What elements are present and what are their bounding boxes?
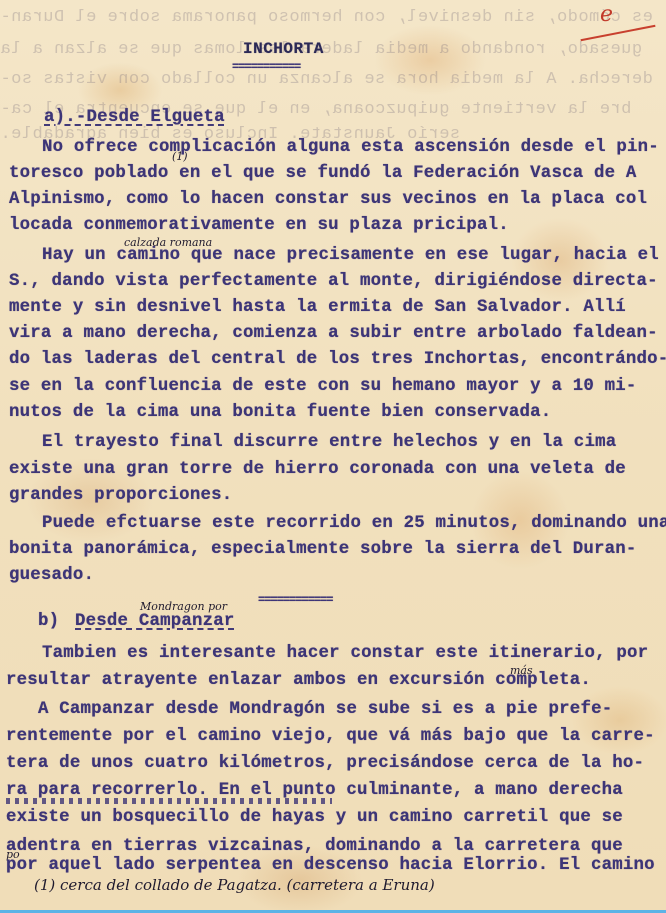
- text-line: Hay un camino que nace precisamente en e…: [42, 246, 659, 265]
- text-line: rentemente por el camino viejo, que vá m…: [6, 727, 655, 746]
- text-line: S., dando vista perfectamente al monte, …: [9, 272, 658, 291]
- text-line: guesado.: [9, 566, 94, 585]
- text-line: existe un bosquecillo de hayas y un cami…: [6, 808, 623, 827]
- section-rule: ============: [258, 593, 332, 607]
- text-line: nutos de la cima una bonita fuente bien …: [9, 403, 551, 422]
- handwritten-footnote: (1) cerca del collado de Pagatza. (carre…: [34, 876, 435, 894]
- text-line: locada conmemorativamente en su plaza pr…: [9, 216, 509, 235]
- text-line: tera de unos cuatro kilómetros, precisán…: [6, 754, 644, 773]
- text-line: Tambien es interesante hacer constar est…: [42, 644, 648, 663]
- text-line: bonita panorámica, especialmente sobre l…: [9, 540, 637, 559]
- text-line: vira a mano derecha, comienza a subir en…: [9, 324, 658, 343]
- text-line: Puede efctuarse este recorrido en 25 min…: [42, 514, 666, 533]
- text-line: por aquel lado serpentea en descenso hac…: [6, 856, 655, 875]
- corner-mark: e: [600, 2, 613, 27]
- text-line: grandes proporciones.: [9, 486, 232, 505]
- text-line: se en la confluencia de este con su hema…: [9, 377, 637, 396]
- page-title: INCHORTA: [243, 40, 324, 58]
- section-a-heading: a).-Desde Elgueta: [44, 108, 225, 127]
- text-line: A Campanzar desde Mondragón se sube si e…: [38, 700, 612, 719]
- text-line: toresco poblado en el que se fundó la Fe…: [9, 164, 637, 183]
- bleed-through-line: derecha. A la media hora se alcanza un c…: [0, 70, 653, 89]
- text-line: do las laderas del central de los tres I…: [9, 350, 666, 369]
- text-line: existe una gran torre de hierro coronada…: [9, 460, 626, 479]
- text-line: resultar atrayente enlazar ambos en excu…: [6, 671, 591, 690]
- footnote-marker: (1): [172, 150, 188, 163]
- bleed-through-line: es cómodo, sin desnivel, con hermoso pan…: [0, 8, 653, 27]
- text-line: Alpinismo, como lo hacen constar sus vec…: [9, 190, 647, 209]
- text-line: mente y sin desnivel hasta la ermita de …: [9, 298, 626, 317]
- text-line: adentra en tierras vizcainas, dominando …: [6, 837, 623, 856]
- title-rule: ===========: [232, 60, 300, 74]
- section-b-label: b): [38, 612, 59, 631]
- text-line: El trayesto final discurre entre helecho…: [42, 433, 616, 452]
- text-line: No ofrece complicación alguna esta ascen…: [42, 138, 659, 157]
- section-b-heading: Desde Campanzar: [75, 612, 235, 631]
- typed-strikeout: [6, 798, 332, 804]
